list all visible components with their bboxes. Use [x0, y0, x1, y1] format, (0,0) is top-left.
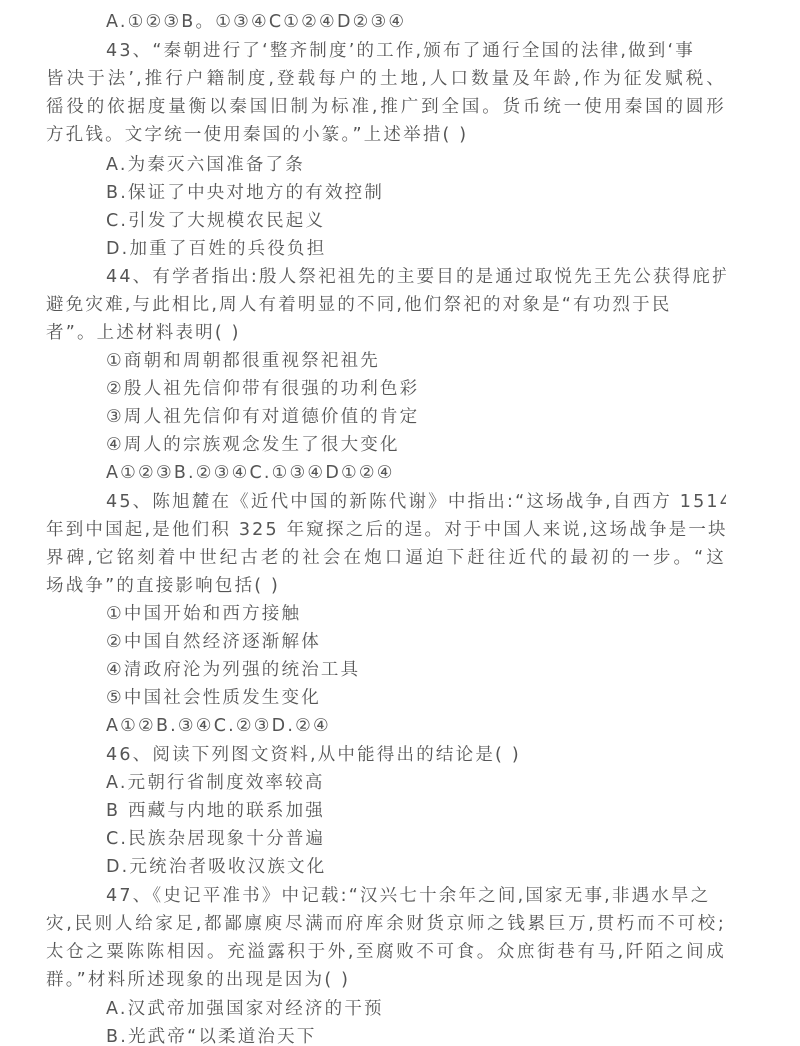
text-line: B 西藏与内地的联系加强 — [106, 797, 726, 825]
text-line: 界碑,它铭刻着中世纪古老的社会在炮口逼迫下赶往近代的最初的一步。“这 — [46, 544, 726, 572]
text-line: 45、陈旭麓在《近代中国的新陈代谢》中指出:“这场战争,自西方 1514 — [106, 488, 726, 516]
text-line: A.元朝行省制度效率较高 — [106, 769, 726, 797]
text-line: ④清政府沦为列强的统治工具 — [106, 656, 726, 684]
text-line: B.光武帝“以柔道治天下 — [106, 1023, 726, 1046]
text-line: A①②③B.②③④C.①③④D①②④ — [106, 459, 726, 487]
text-line: 徭役的依据度量衡以秦国旧制为标准,推广到全国。货币统一使用秦国的圆形 — [46, 93, 726, 121]
text-line: B.保证了中央对地方的有效控制 — [106, 179, 726, 207]
text-line: 群。”材料所述现象的出现是因为( ) — [46, 966, 726, 994]
text-line: D.加重了百姓的兵役负担 — [106, 235, 726, 263]
text-line: ②中国自然经济逐渐解体 — [106, 628, 726, 656]
text-line: 灾,民则人给家足,都鄙廪庾尽满而府库余财货京师之钱累巨万,贯朽而不可校; — [46, 910, 726, 938]
text-line: 44、有学者指出:殷人祭祀祖先的主要目的是通过取悦先王先公获得庇护, — [106, 263, 726, 291]
text-line: D.元统治者吸收汉族文化 — [106, 853, 726, 881]
text-line: 场战争”的直接影响包括( ) — [46, 572, 726, 600]
text-line: ④周人的宗族观念发生了很大变化 — [106, 431, 726, 459]
text-line: 避免灾难,与此相比,周人有着明显的不同,他们祭祀的对象是“有功烈于民 — [46, 291, 726, 319]
text-line: 者”。上述材料表明( ) — [46, 319, 726, 347]
text-line: ②殷人祖先信仰带有很强的功利色彩 — [106, 375, 726, 403]
text-line: A①②B.③④C.②③D.②④ — [106, 712, 726, 740]
text-line: 方孔钱。文字统一使用秦国的小篆。”上述举措( ) — [46, 121, 726, 149]
text-line: ⑤中国社会性质发生变化 — [106, 684, 726, 712]
text-line: 年到中国起,是他们积 325 年窥探之后的逞。对于中国人来说,这场战争是一块 — [46, 516, 726, 544]
text-line: 太仓之粟陈陈相因。充溢露积于外,至腐败不可食。众庶街巷有马,阡陌之间成 — [46, 938, 726, 966]
text-line: 47、《史记平准书》中记载:“汉兴七十余年之间,国家无事,非遇水旱之 — [106, 882, 726, 910]
text-line: ①商朝和周朝都很重视祭祀祖先 — [106, 347, 726, 375]
text-line: C.民族杂居现象十分普遍 — [106, 825, 726, 853]
text-line: C.引发了大规模农民起义 — [106, 207, 726, 235]
text-line: 43、“秦朝进行了‘整齐制度’的工作,颁布了通行全国的法律,做到‘事 — [106, 37, 726, 65]
text-line: A.为秦灭六国准备了条 — [106, 151, 726, 179]
text-line: 皆决于法’,推行户籍制度,登载每户的土地,人口数量及年龄,作为征发赋税、 — [46, 65, 726, 93]
text-line: ③周人祖先信仰有对道德价值的肯定 — [106, 403, 726, 431]
text-line: A.①②③B。①③④C①②④D②③④ — [106, 8, 726, 36]
text-line: 46、阅读下列图文资料,从中能得出的结论是( ) — [106, 741, 726, 769]
text-line: A.汉武帝加强国家对经济的干预 — [106, 995, 726, 1023]
exam-page: A.①②③B。①③④C①②④D②③④43、“秦朝进行了‘整齐制度’的工作,颁布了… — [0, 0, 800, 1046]
text-line: ①中国开始和西方接触 — [106, 600, 726, 628]
